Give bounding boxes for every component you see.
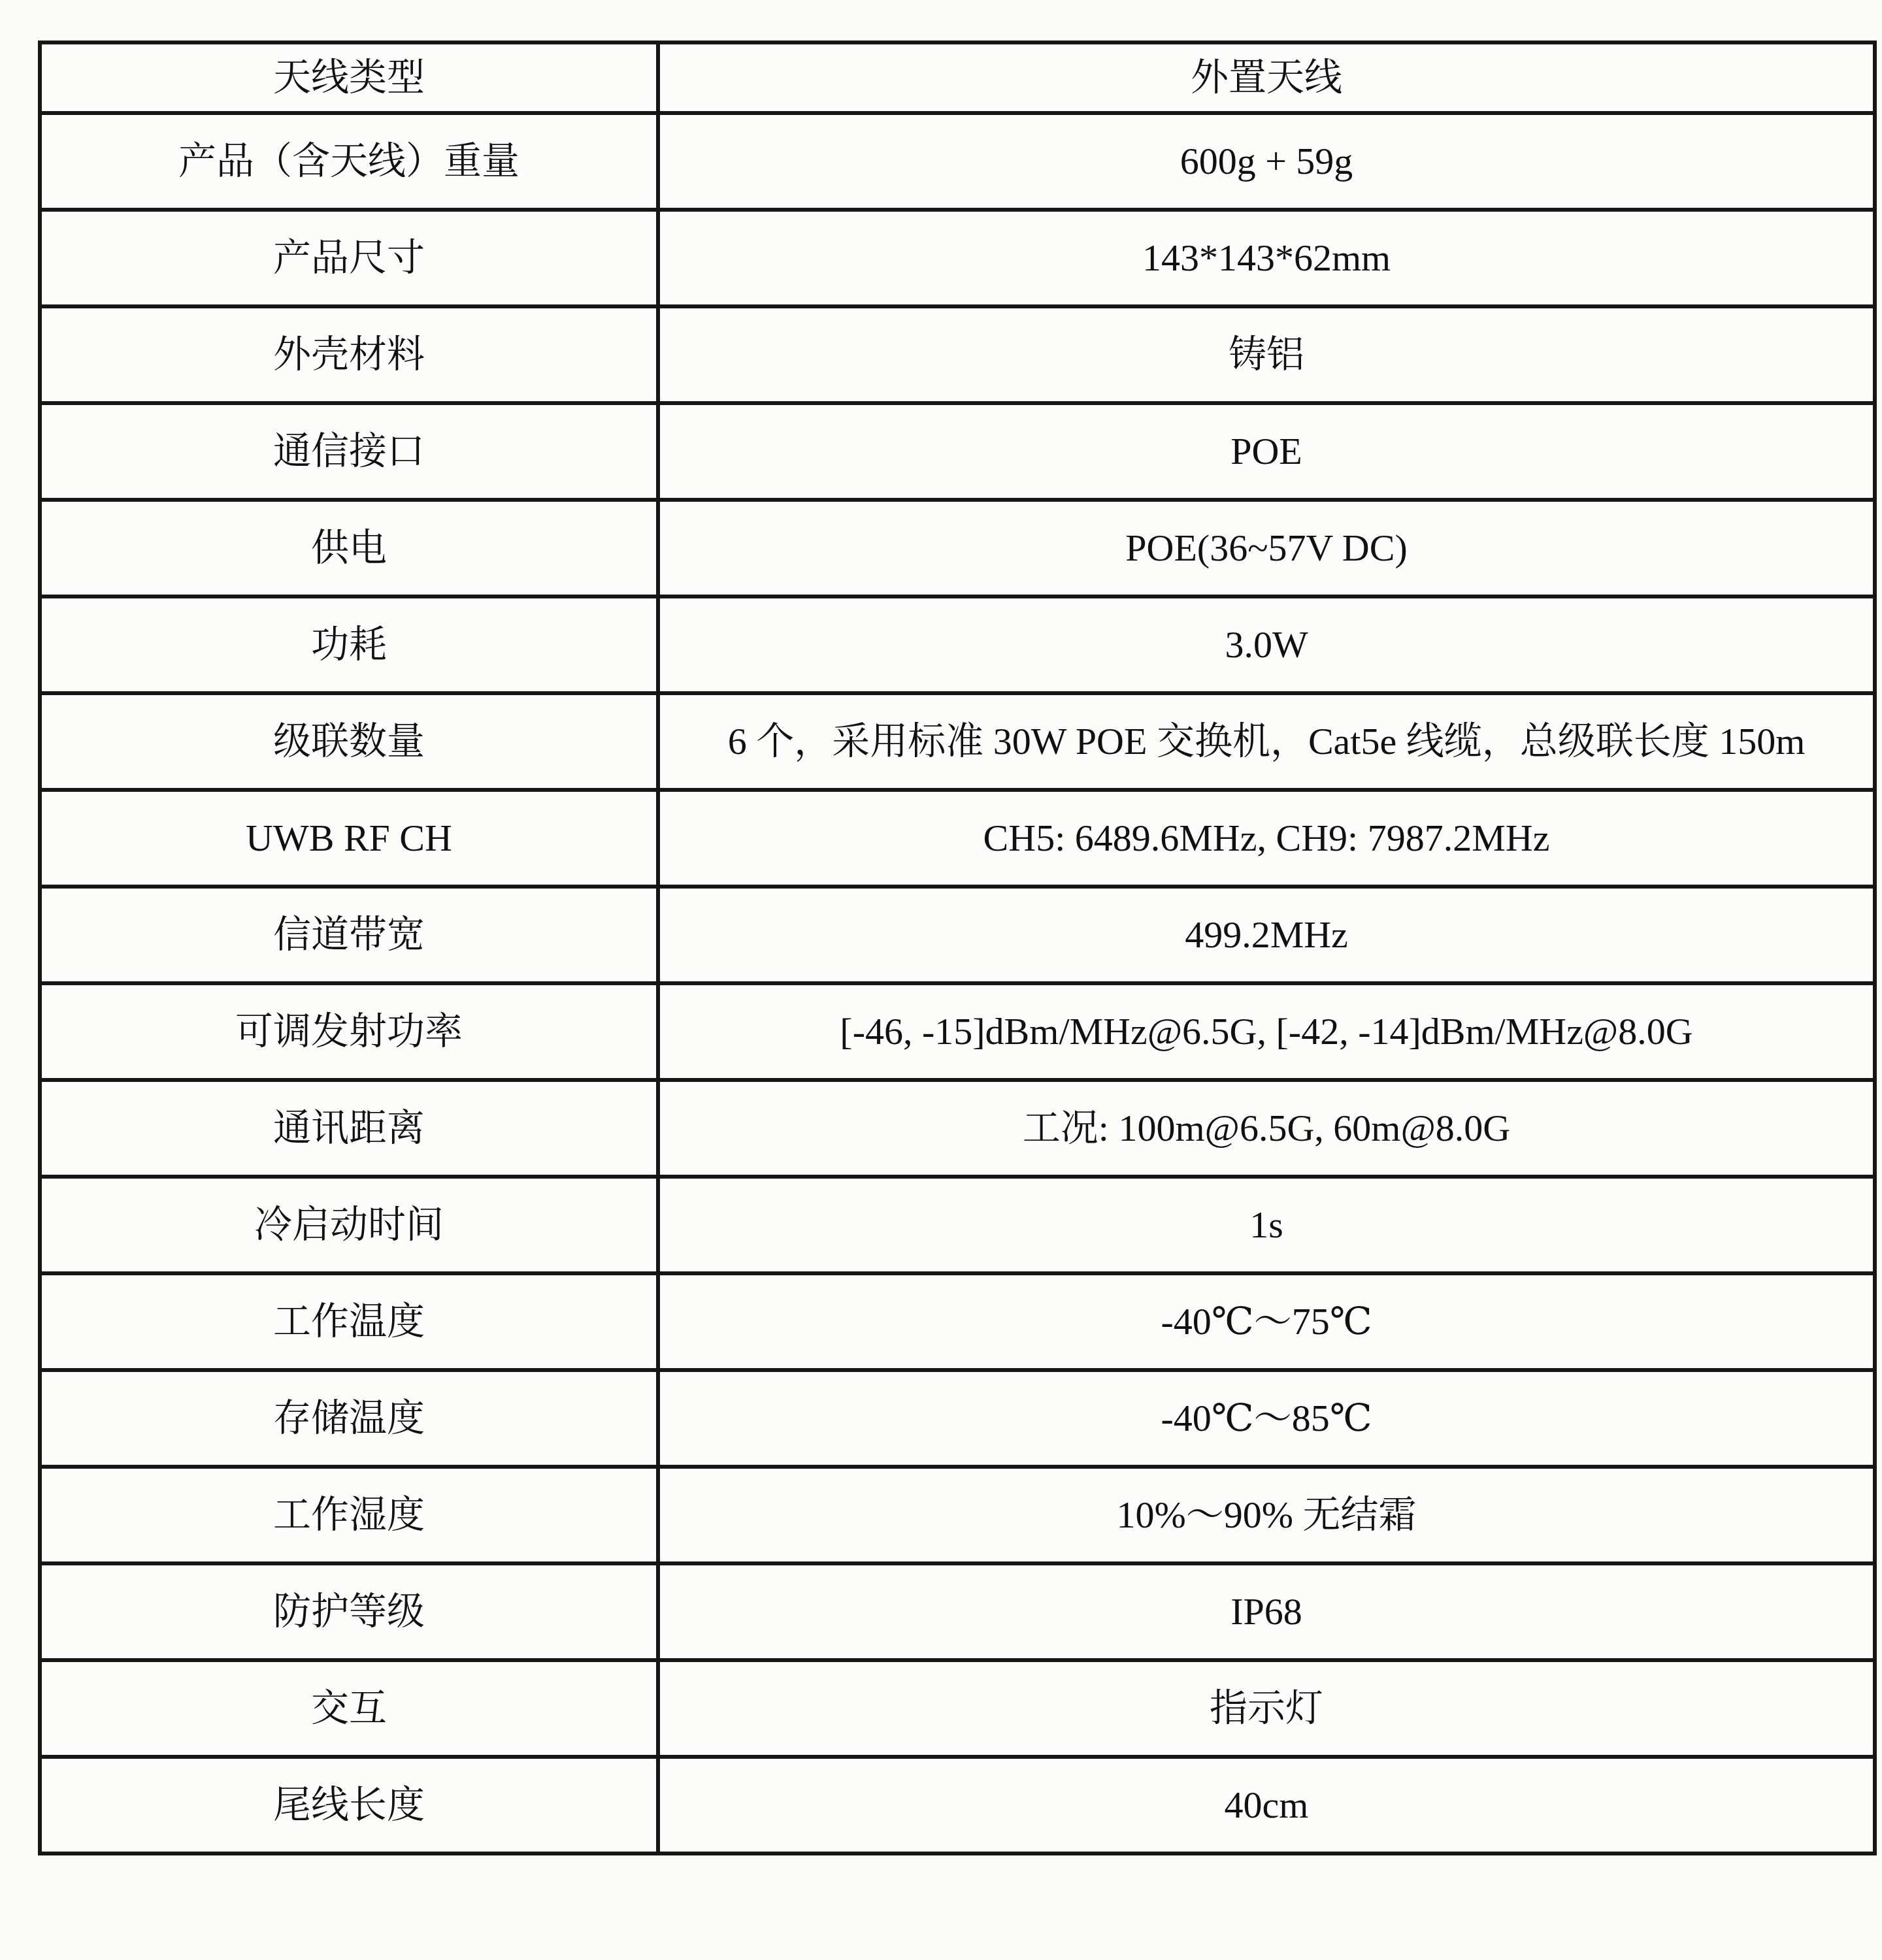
table-row: 冷启动时间1s — [40, 1177, 1875, 1273]
table-row: 产品尺寸143*143*62mm — [40, 210, 1875, 306]
spec-value: POE(36~57V DC) — [658, 500, 1875, 596]
table-row: UWB RF CHCH5: 6489.6MHz, CH9: 7987.2MHz — [40, 790, 1875, 887]
spec-value: 6 个，采用标准 30W POE 交换机，Cat5e 线缆，总级联长度 150m — [658, 693, 1875, 790]
table-row: 交互指示灯 — [40, 1660, 1875, 1757]
spec-label: 供电 — [40, 500, 658, 596]
spec-value: CH5: 6489.6MHz, CH9: 7987.2MHz — [658, 790, 1875, 887]
table-row: 天线类型外置天线 — [40, 42, 1875, 113]
spec-value: 工况: 100m@6.5G, 60m@8.0G — [658, 1080, 1875, 1177]
table-row: 信道带宽499.2MHz — [40, 887, 1875, 983]
spec-label: 通讯距离 — [40, 1080, 658, 1177]
spec-value: 外置天线 — [658, 42, 1875, 113]
spec-label: 交互 — [40, 1660, 658, 1757]
spec-value: 499.2MHz — [658, 887, 1875, 983]
spec-value: -40℃～75℃ — [658, 1273, 1875, 1370]
spec-label: 产品（含天线）重量 — [40, 113, 658, 210]
spec-value: 铸铝 — [658, 306, 1875, 403]
table-row: 通信接口POE — [40, 403, 1875, 500]
spec-value: [-46, -15]dBm/MHz@6.5G, [-42, -14]dBm/MH… — [658, 983, 1875, 1080]
spec-label: 存储温度 — [40, 1370, 658, 1467]
table-row: 功耗3.0W — [40, 596, 1875, 693]
spec-label: 外壳材料 — [40, 306, 658, 403]
table-row: 通讯距离工况: 100m@6.5G, 60m@8.0G — [40, 1080, 1875, 1177]
spec-value: 10%～90% 无结霜 — [658, 1467, 1875, 1563]
spec-value: 143*143*62mm — [658, 210, 1875, 306]
table-row: 存储温度-40℃～85℃ — [40, 1370, 1875, 1467]
spec-label: 天线类型 — [40, 42, 658, 113]
spec-value: POE — [658, 403, 1875, 500]
table-row: 产品（含天线）重量600g + 59g — [40, 113, 1875, 210]
spec-table: 天线类型外置天线产品（含天线）重量600g + 59g产品尺寸143*143*6… — [38, 41, 1877, 1855]
table-row: 防护等级IP68 — [40, 1563, 1875, 1660]
spec-label: 防护等级 — [40, 1563, 658, 1660]
table-row: 外壳材料铸铝 — [40, 306, 1875, 403]
table-row: 工作温度-40℃～75℃ — [40, 1273, 1875, 1370]
spec-value: IP68 — [658, 1563, 1875, 1660]
spec-value: 指示灯 — [658, 1660, 1875, 1757]
spec-label: 功耗 — [40, 596, 658, 693]
spec-value: -40℃～85℃ — [658, 1370, 1875, 1467]
table-row: 级联数量6 个，采用标准 30W POE 交换机，Cat5e 线缆，总级联长度 … — [40, 693, 1875, 790]
spec-label: UWB RF CH — [40, 790, 658, 887]
spec-label: 冷启动时间 — [40, 1177, 658, 1273]
spec-value: 1s — [658, 1177, 1875, 1273]
table-row: 供电POE(36~57V DC) — [40, 500, 1875, 596]
table-row: 工作湿度10%～90% 无结霜 — [40, 1467, 1875, 1563]
spec-label: 工作温度 — [40, 1273, 658, 1370]
spec-value: 3.0W — [658, 596, 1875, 693]
spec-label: 工作湿度 — [40, 1467, 658, 1563]
spec-label: 级联数量 — [40, 693, 658, 790]
spec-value: 600g + 59g — [658, 113, 1875, 210]
spec-table-body: 天线类型外置天线产品（含天线）重量600g + 59g产品尺寸143*143*6… — [40, 42, 1875, 1854]
spec-label: 可调发射功率 — [40, 983, 658, 1080]
spec-label: 尾线长度 — [40, 1757, 658, 1854]
table-row: 可调发射功率[-46, -15]dBm/MHz@6.5G, [-42, -14]… — [40, 983, 1875, 1080]
spec-label: 产品尺寸 — [40, 210, 658, 306]
spec-label: 通信接口 — [40, 403, 658, 500]
spec-table-container: 天线类型外置天线产品（含天线）重量600g + 59g产品尺寸143*143*6… — [38, 41, 1877, 1855]
table-row: 尾线长度40cm — [40, 1757, 1875, 1854]
spec-label: 信道带宽 — [40, 887, 658, 983]
spec-value: 40cm — [658, 1757, 1875, 1854]
